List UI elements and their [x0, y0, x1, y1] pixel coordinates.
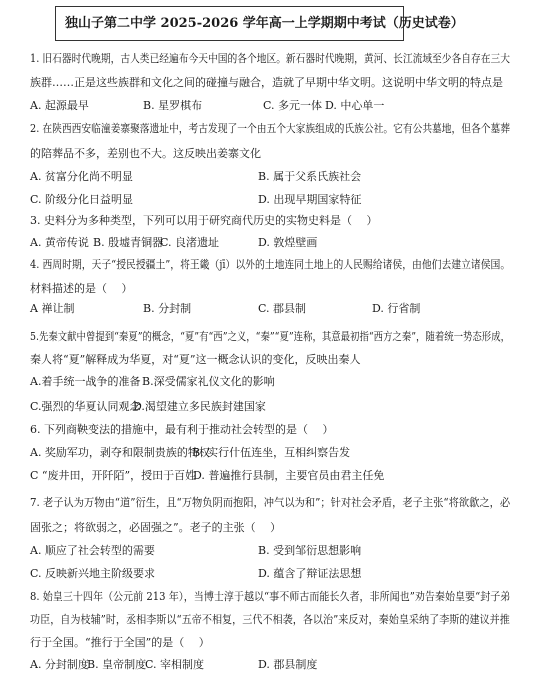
- question-1-option-b: B. 星罗棋布: [143, 99, 202, 113]
- question-3-option-a: A. 黄帝传说: [30, 236, 89, 250]
- question-6-line-1: 6. 下列商鞅变法的措施中，最有利于推动社会转型的是（ ）: [30, 423, 334, 437]
- question-2-line-1: 2. 在陕西西安临潼姜寨聚落遗址中，考古发现了一个由五个大家族组成的氏族公社。它…: [30, 122, 510, 136]
- question-3-line-1: 3. 史料分为多种类型，下列可以用于研究商代历史的实物史料是（ ）: [30, 214, 378, 228]
- question-4-option-d: D. 行省制: [372, 302, 420, 316]
- question-8-option-d: D. 郡县制度: [258, 658, 317, 672]
- question-4-option-c: C. 郡县制: [258, 302, 306, 316]
- question-4-line-1: 4. 西周时期，天子“授民授疆土”，将王畿（jī）以外的土地连同土地上的人民赐给…: [30, 258, 510, 272]
- question-1-option-d: D. 中心单一: [325, 99, 384, 113]
- exam-title-box: 独山子第二中学 2025-2026 学年高一上学期期中考试（历史试卷）: [55, 6, 404, 41]
- question-7-line-2: 固张之；将欲弱之，必固强之”。老子的主张（ ）: [30, 521, 281, 535]
- question-8-option-b: B. 皇帝制度: [87, 658, 146, 672]
- question-8-option-a: A. 分封制度: [30, 658, 89, 672]
- question-3-option-b: B. 殷墟青铜器: [93, 236, 163, 250]
- question-1-option-c: C. 多元一体: [263, 99, 322, 113]
- question-5-line-1: 5.先秦文献中曾提到“秦夏”的概念，“夏”有“西”之义，“秦”“夏”连称，其意最…: [30, 330, 510, 344]
- question-2-option-a: A. 贫富分化尚不明显: [30, 170, 133, 184]
- question-7-option-b: B. 受到邹衍思想影响: [258, 544, 361, 558]
- question-2-line-2: 的陪葬品不多，差别也不大。这反映出姜寨文化: [30, 147, 261, 161]
- question-6-option-b: B. 实行什伍连坐，互相纠察告发: [192, 446, 350, 460]
- question-4-option-a: A 禅让制: [30, 302, 74, 316]
- question-7-option-c: C. 反映新兴地主阶级要求: [30, 567, 155, 581]
- question-8-option-c: C. 宰相制度: [145, 658, 204, 672]
- question-2-option-d: D. 出现早期国家特征: [258, 193, 361, 207]
- question-5-option-c: C.强烈的华夏认同观念: [30, 400, 141, 414]
- question-1-line-2: 族群……正是这些族群和文化之间的碰撞与融合，造就了早期中华文明。这说明中华文明的…: [30, 76, 503, 90]
- question-7-option-d: D. 蕴含了辩证法思想: [258, 567, 361, 581]
- question-5-option-d: D.渴望建立多民族封建国家: [133, 400, 266, 414]
- question-8-line-1: 8. 始皇三十四年（公元前 213 年），当博士淳于越以“事不师古而能长久者，非…: [30, 590, 510, 604]
- exam-title: 独山子第二中学 2025-2026 学年高一上学期期中考试（历史试卷）: [65, 12, 464, 31]
- question-6-option-a: A. 奖励军功，剥夺和限制贵族的特权: [30, 446, 210, 460]
- question-4-line-2: 材料描述的是（ ）: [30, 282, 133, 296]
- question-6-option-c: C “废井田，开阡陌”，授田于百姓: [30, 469, 196, 483]
- question-8-line-2: 功臣，自为枝辅”时，丞相李斯以“五帝不相复，三代不相袭，各以治”来反对，秦始皇采…: [30, 613, 510, 627]
- question-1-line-1: 1. 旧石器时代晚期，古人类已经遍布今天中国的各个地区。新石器时代晚期，黄河、长…: [30, 52, 510, 66]
- question-2-option-c: C. 阶级分化日益明显: [30, 193, 133, 207]
- question-1-option-a: A. 起源最早: [30, 99, 89, 113]
- question-4-option-b: B. 分封制: [143, 302, 191, 316]
- question-5-option-b: B.深受儒家礼仪文化的影响: [142, 375, 275, 389]
- question-3-option-c: C. 良渚遗址: [160, 236, 219, 250]
- question-7-line-1: 7. 老子认为万物由“道”衍生，且“万物负阴而抱阳，冲气以为和”；针对社会矛盾，…: [30, 496, 510, 510]
- question-6-option-d: D. 普遍推行县制，主要官员由君主任免: [193, 469, 384, 483]
- question-7-option-a: A. 顺应了社会转型的需要: [30, 544, 155, 558]
- question-5-line-2: 秦人将“夏”解释成为华夏，对“夏”这一概念认识的变化，反映出秦人: [30, 353, 361, 367]
- question-3-option-d: D. 敦煌壁画: [258, 236, 317, 250]
- question-5-option-a: A.着手统一战争的准备: [30, 375, 140, 389]
- question-2-option-b: B. 属于父系氏族社会: [258, 170, 361, 184]
- question-8-line-3: 行于全国。“推行于全国”的是（ ）: [30, 636, 210, 650]
